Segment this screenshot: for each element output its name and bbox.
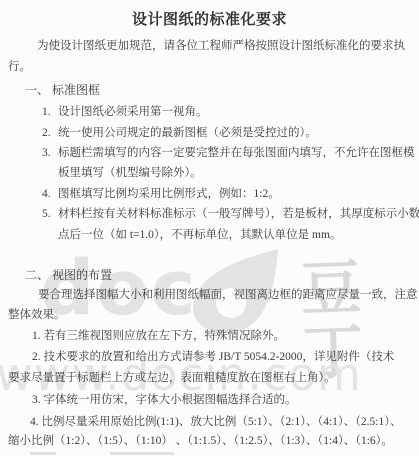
intro-line-1: 为使设计图纸更加规范，请各位工程师严格按照设计图纸标准化的要求执: [37, 39, 405, 53]
list-item: 5.材料栏按有关材料标准标示（一般写牌号），若是板材，其厚度标示小数: [42, 207, 419, 221]
list-item: 3. 字体统一用仿宋，字体大小根据图幅选择合适的。: [32, 393, 297, 407]
list-item-wrap-line: 要求尽量置于标题栏上方或左边，表面粗糙度放在图框右上角）。: [8, 371, 336, 385]
list-item: 2. 技术要求的放置和给出方式请参考 JB/T 5054.2-2000，详见附件…: [32, 350, 394, 364]
section2-para-line-1: 要合理选择图幅大小和利用图纸幅面，视图离边框的距离应尽量一致，注意: [38, 288, 418, 302]
section2-heading: 二、 视图的布置: [25, 268, 112, 282]
doc-title: 设计图纸的标准化要求: [0, 8, 419, 29]
list-item: 1.设计图纸必须采用第一视角。: [42, 105, 208, 119]
section2-para-line-2: 整体效果。: [8, 308, 66, 322]
list-item-text: 设计图纸必须采用第一视角。: [58, 106, 208, 118]
list-item-number: 3.: [42, 146, 58, 160]
list-item-text: 统一使用公司规定的最新图框（必须是受控过的）。: [58, 127, 317, 139]
list-item-wrap-line: 板里填写（机型编号除外）。: [58, 166, 202, 180]
list-item-text: 标题栏需填写的内容一定要完整并在每张图面内填写，不允许在图框模: [58, 147, 415, 159]
list-item: 4.图框填写比例均采用比例形式，例如：1:2。: [42, 187, 280, 201]
list-item-number: 4.: [42, 187, 58, 201]
section1-heading: 一、 标准图框: [25, 83, 100, 97]
document-page: doc 豆丁 www.docin.com 设计图纸的标准化要求 为使设计图纸更加…: [0, 0, 419, 456]
list-item-number: 1.: [42, 105, 58, 119]
intro-line-2: 行。: [8, 60, 31, 74]
watermark-douding-text: 豆丁: [300, 254, 419, 386]
list-item-number: 5.: [42, 207, 58, 221]
list-item-wrap-line: 点后一位（如 t=1.0），不再标单位，其默认单位是 mm。: [58, 228, 341, 242]
list-item: 4. 比例尽量采用原始比例(1:1)、放大比例（5:1）、（2:1）、（4:1）…: [30, 415, 402, 429]
list-item-text: 图框填写比例均采用比例形式，例如：1:2。: [58, 188, 280, 200]
cutoff-text-fragment: [30, 452, 56, 455]
list-item: 1. 若有三维视图则应放在左下方，特殊情况除外。: [32, 329, 285, 343]
list-item: 2.统一使用公司规定的最新图框（必须是受控过的）。: [42, 126, 317, 140]
list-item-wrap-line: 缩小比例（1:2）、（1:5）、（1:10） 、（1:1.5）、（1:2.5）、…: [8, 434, 393, 448]
list-item: 3.标题栏需填写的内容一定要完整并在每张图面内填写，不允许在图框模: [42, 146, 415, 160]
cutoff-text-fragment: [110, 452, 174, 455]
list-item-text: 材料栏按有关材料标准标示（一般写牌号），若是板材，其厚度标示小数: [58, 208, 419, 220]
list-item-number: 2.: [42, 126, 58, 140]
